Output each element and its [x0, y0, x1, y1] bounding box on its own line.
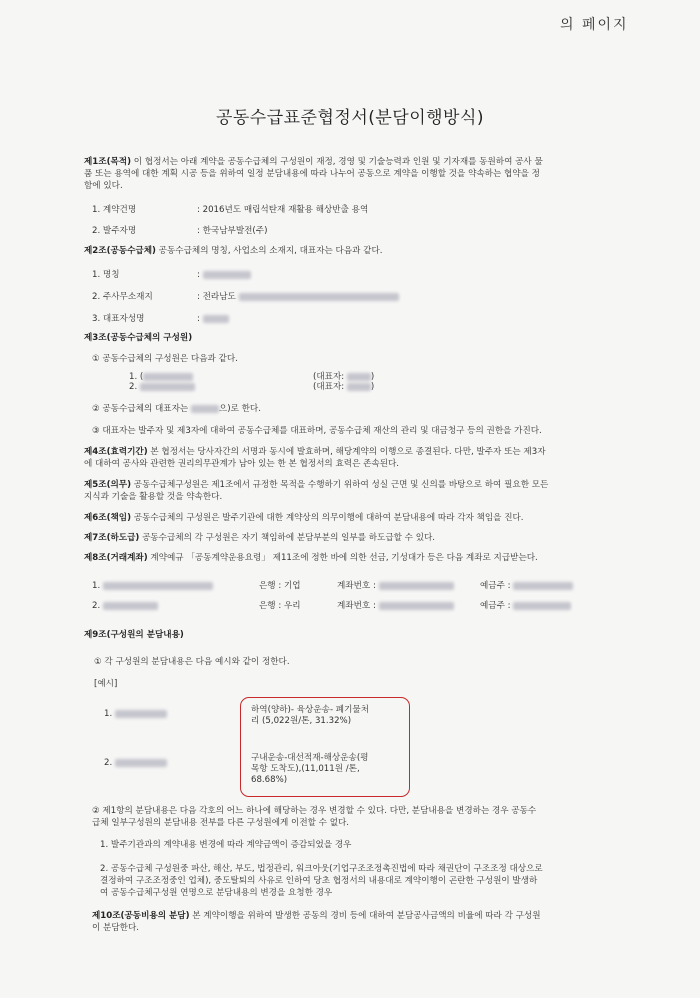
redacted-text [143, 373, 193, 381]
page-label: 의 페이지 [560, 14, 629, 34]
representative-label: 3. 대표자성명 [92, 313, 144, 326]
share-2-desc-line-1: 구내운송-대선적재-해상운송(평 [251, 753, 401, 765]
entity-name-value: : [197, 269, 251, 282]
redacted-text [379, 602, 454, 610]
account-1-number: 계좌번호 : [337, 580, 454, 593]
share-member-1: 1. [104, 708, 167, 721]
contract-name-label: 1. 계약건명 [92, 204, 136, 217]
redacted-text [191, 405, 219, 413]
article-2-line: 제2조(공동수급체) 공동수급체의 명칭, 사업소의 소재지, 대표자는 다음과… [84, 245, 383, 258]
account-2-holder: 예금주 : [480, 600, 571, 613]
account-2-bank: 은행 : 우리 [259, 600, 301, 613]
contract-name-value: : 2016년도 매립석탄재 재활용 해상반출 용역 [197, 204, 368, 217]
article-10-line-1: 제10조(공동비용의 분담) 본 계약이행을 위하여 발생한 공동의 경비 등에… [92, 910, 541, 923]
article-10-line-2: 이 분담한다. [92, 922, 139, 935]
case-2-line-1: 2. 공동수급체 구성원중 파산, 해산, 부도, 법정관리, 워크아웃(기업구… [100, 863, 543, 876]
redacted-text [513, 582, 573, 590]
article-2-heading: 제2조(공동수급체) [84, 246, 156, 256]
article-9-heading: 제9조(구성원의 분담내용) [84, 629, 184, 642]
account-1-bank: 은행 : 기업 [259, 580, 301, 593]
account-2-name: 2. [92, 600, 158, 613]
article-4-line-1: 제4조(효력기간) 본 협정서는 당사자간의 서명과 동시에 발효하며, 해당계… [84, 446, 546, 459]
article-4-heading: 제4조(효력기간) [84, 447, 148, 457]
article-9-para-2-line-2: 급체 일부구성원의 분담내용 전부를 다른 구성원에게 이전할 수 없다. [92, 817, 349, 830]
article-6-heading: 제6조(책임) [84, 513, 131, 523]
redacted-text [347, 373, 371, 381]
case-2-line-2: 결정하여 구조조정중인 업체), 중도탈퇴의 사유로 인하여 당초 협정서의 내… [100, 875, 537, 888]
share-1-desc-line-2: 리 (5,022원/톤, 31.32%) [251, 716, 401, 728]
member-2-rep: (대표자: ) [313, 381, 374, 394]
article-2-text: 공동수급체의 명칭, 사업소의 소재지, 대표자는 다음과 같다. [156, 246, 383, 256]
redacted-text [379, 582, 454, 590]
client-name-label: 2. 발주자명 [92, 225, 136, 238]
redacted-text [115, 759, 167, 767]
article-3-heading: 제3조(공동수급체의 구성원) [84, 332, 192, 345]
redacted-text [115, 710, 167, 718]
share-2-desc-line-2: 목항 도착도),(11,011원 /톤, [251, 764, 401, 776]
office-address-value: : 전라남도 [197, 291, 399, 304]
share-1-desc-line-1: 하역(양하)- 육상운송- 폐기물처 [251, 705, 401, 717]
document-title: 공동수급표준협정서(분담이행방식) [0, 103, 700, 128]
article-1-text: 이 협정서는 아래 계약을 공동수급체의 구성원이 재정, 경영 및 기술능력과… [131, 157, 543, 167]
article-1-line-3: 함에 있다. [84, 180, 123, 193]
article-9-para-2-line-1: ② 제1항의 분담내용은 다음 각호의 어느 하나에 해당하는 경우 변경할 수… [92, 805, 536, 818]
article-6: 제6조(책임) 공동수급체의 구성원은 발주기관에 대한 계약상의 의무이행에 … [84, 512, 524, 525]
case-2-line-3: 여 공동수급체구성원 연명으로 분담내용의 변경을 요청한 경우 [100, 887, 332, 900]
highlight-box: 하역(양하)- 육상운송- 폐기물처 리 (5,022원/톤, 31.32%) … [240, 697, 410, 797]
article-4-line-2: 에 대하여 공사와 관련한 권리의무관계가 남아 있는 한 본 협정서의 효력은… [84, 458, 399, 471]
representative-value: : [197, 313, 229, 326]
article-1-line-2: 품 또는 용역에 대한 계획 시공 등을 위하여 일정 분담내용에 따라 나누어… [84, 168, 540, 181]
client-name-value: : 한국남부발전(주) [197, 225, 267, 238]
article-5-line-1: 제5조(의무) 공동수급체구성원은 제1조에서 규정한 목적을 수행하기 위하여… [84, 479, 548, 492]
redacted-text [103, 602, 158, 610]
article-1-heading: 제1조(목적) [84, 157, 131, 167]
article-8-heading: 제8조(거래계좌) [84, 553, 148, 563]
account-2-number: 계좌번호 : [337, 600, 454, 613]
redacted-text [103, 582, 213, 590]
account-1-name: 1. [92, 580, 213, 593]
account-1-holder: 예금주 : [480, 580, 573, 593]
article-3-para-2: ② 공동수급체의 대표자는 으)로 한다. [92, 403, 261, 416]
article-1-line-1: 제1조(목적) 이 협정서는 아래 계약을 공동수급체의 구성원이 재정, 경영… [84, 156, 543, 169]
article-7: 제7조(하도급) 공동수급체의 각 구성원은 자기 책임하에 분담부분의 일부를… [84, 532, 435, 545]
article-3-para-1: ① 공동수급체의 구성원은 다음과 같다. [92, 353, 238, 366]
member-2: 2. [129, 381, 195, 394]
example-label: [예시] [94, 678, 117, 691]
article-7-heading: 제7조(하도급) [84, 533, 139, 543]
entity-name-label: 1. 명칭 [92, 269, 120, 282]
article-5-line-2: 지식과 기술을 활용할 것을 약속한다. [84, 491, 222, 504]
case-1: 1. 발주기관과의 계약내용 변경에 따라 계약금액이 증감되었을 경우 [100, 839, 351, 852]
redacted-text [513, 602, 571, 610]
article-5-heading: 제5조(의무) [84, 480, 131, 490]
office-address-label: 2. 주사무소재지 [92, 291, 153, 304]
article-8-line: 제8조(거래계좌) 계약예규 「공동계약운용요령」 제11조에 정한 바에 의한… [84, 552, 538, 565]
redacted-text [239, 293, 399, 301]
article-3-para-3: ③ 대표자는 발주자 및 제3자에 대하여 공동수급체를 대표하며, 공동수급체… [92, 425, 542, 438]
share-2-desc-line-3: 68.68%) [251, 775, 401, 787]
redacted-text [347, 383, 371, 391]
redacted-text [140, 383, 195, 391]
article-9-para-1: ① 각 구성원의 분담내용은 다음 예시와 같이 정한다. [94, 656, 290, 669]
article-10-heading: 제10조(공동비용의 분담) [92, 911, 190, 921]
redacted-text [203, 315, 229, 323]
redacted-text [203, 271, 251, 279]
share-member-2: 2. [104, 757, 167, 770]
